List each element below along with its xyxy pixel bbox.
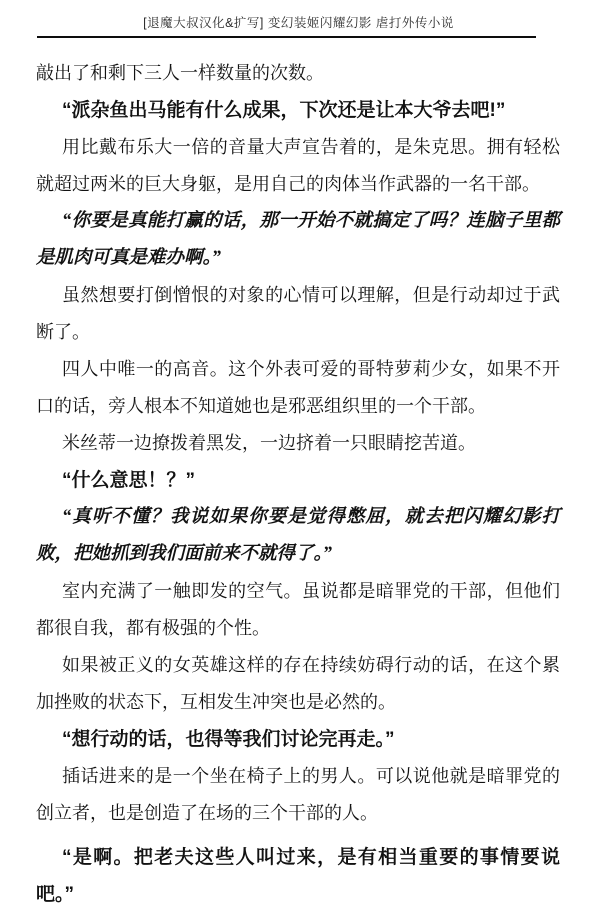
- paragraph: “你要是真能打赢的话，那一开始不就搞定了吗？连脑子里都是肌肉可真是难办啊。”: [36, 203, 560, 277]
- paragraph: 用比戴布乐大一倍的音量大声宣告着的，是朱克思。拥有轻松就超过两米的巨大身躯，是用…: [36, 129, 560, 203]
- paragraph: 米丝蒂一边撩拨着黑发，一边挤着一只眼睛挖苦道。: [36, 425, 560, 462]
- paragraph: “派杂鱼出马能有什么成果，下次还是让本大爷去吧!”: [36, 92, 560, 129]
- paragraph: “想行动的话，也得等我们讨论完再走。”: [36, 721, 560, 758]
- paragraph: “什么意思！？”: [36, 462, 560, 499]
- document-page: [退魔大叔汉化&扩写] 变幻装姬闪耀幻影 虐打外传小说 敲出了和剩下三人一样数量…: [0, 0, 597, 923]
- body-text: 敲出了和剩下三人一样数量的次数。“派杂鱼出马能有什么成果，下次还是让本大爷去吧!…: [36, 55, 560, 913]
- paragraph: “真听不懂？我说如果你要是觉得憋屈，就去把闪耀幻影打败，把她抓到我们面前来不就得…: [36, 499, 560, 573]
- paragraph: 插话进来的是一个坐在椅子上的男人。可以说他就是暗罪党的创立者，也是创造了在场的三…: [36, 758, 560, 832]
- paragraph: 敲出了和剩下三人一样数量的次数。: [36, 55, 560, 92]
- paragraph: 虽然想要打倒憎恨的对象的心情可以理解，但是行动却过于武断了。: [36, 277, 560, 351]
- paragraph: “是啊。把老夫这些人叫过来，是有相当重要的事情要说吧。”: [36, 839, 560, 913]
- paragraph: 四人中唯一的高音。这个外表可爱的哥特萝莉少女，如果不开口的话，旁人根本不知道她也…: [36, 351, 560, 425]
- paragraph: 室内充满了一触即发的空气。虽说都是暗罪党的干部，但他们都很自我，都有极强的个性。: [36, 573, 560, 647]
- paragraph: 如果被正义的女英雄这样的存在持续妨碍行动的话，在这个累加挫败的状态下，互相发生冲…: [36, 647, 560, 721]
- page-header-title: [退魔大叔汉化&扩写] 变幻装姬闪耀幻影 虐打外传小说: [0, 0, 597, 31]
- header-divider-line: [37, 36, 536, 38]
